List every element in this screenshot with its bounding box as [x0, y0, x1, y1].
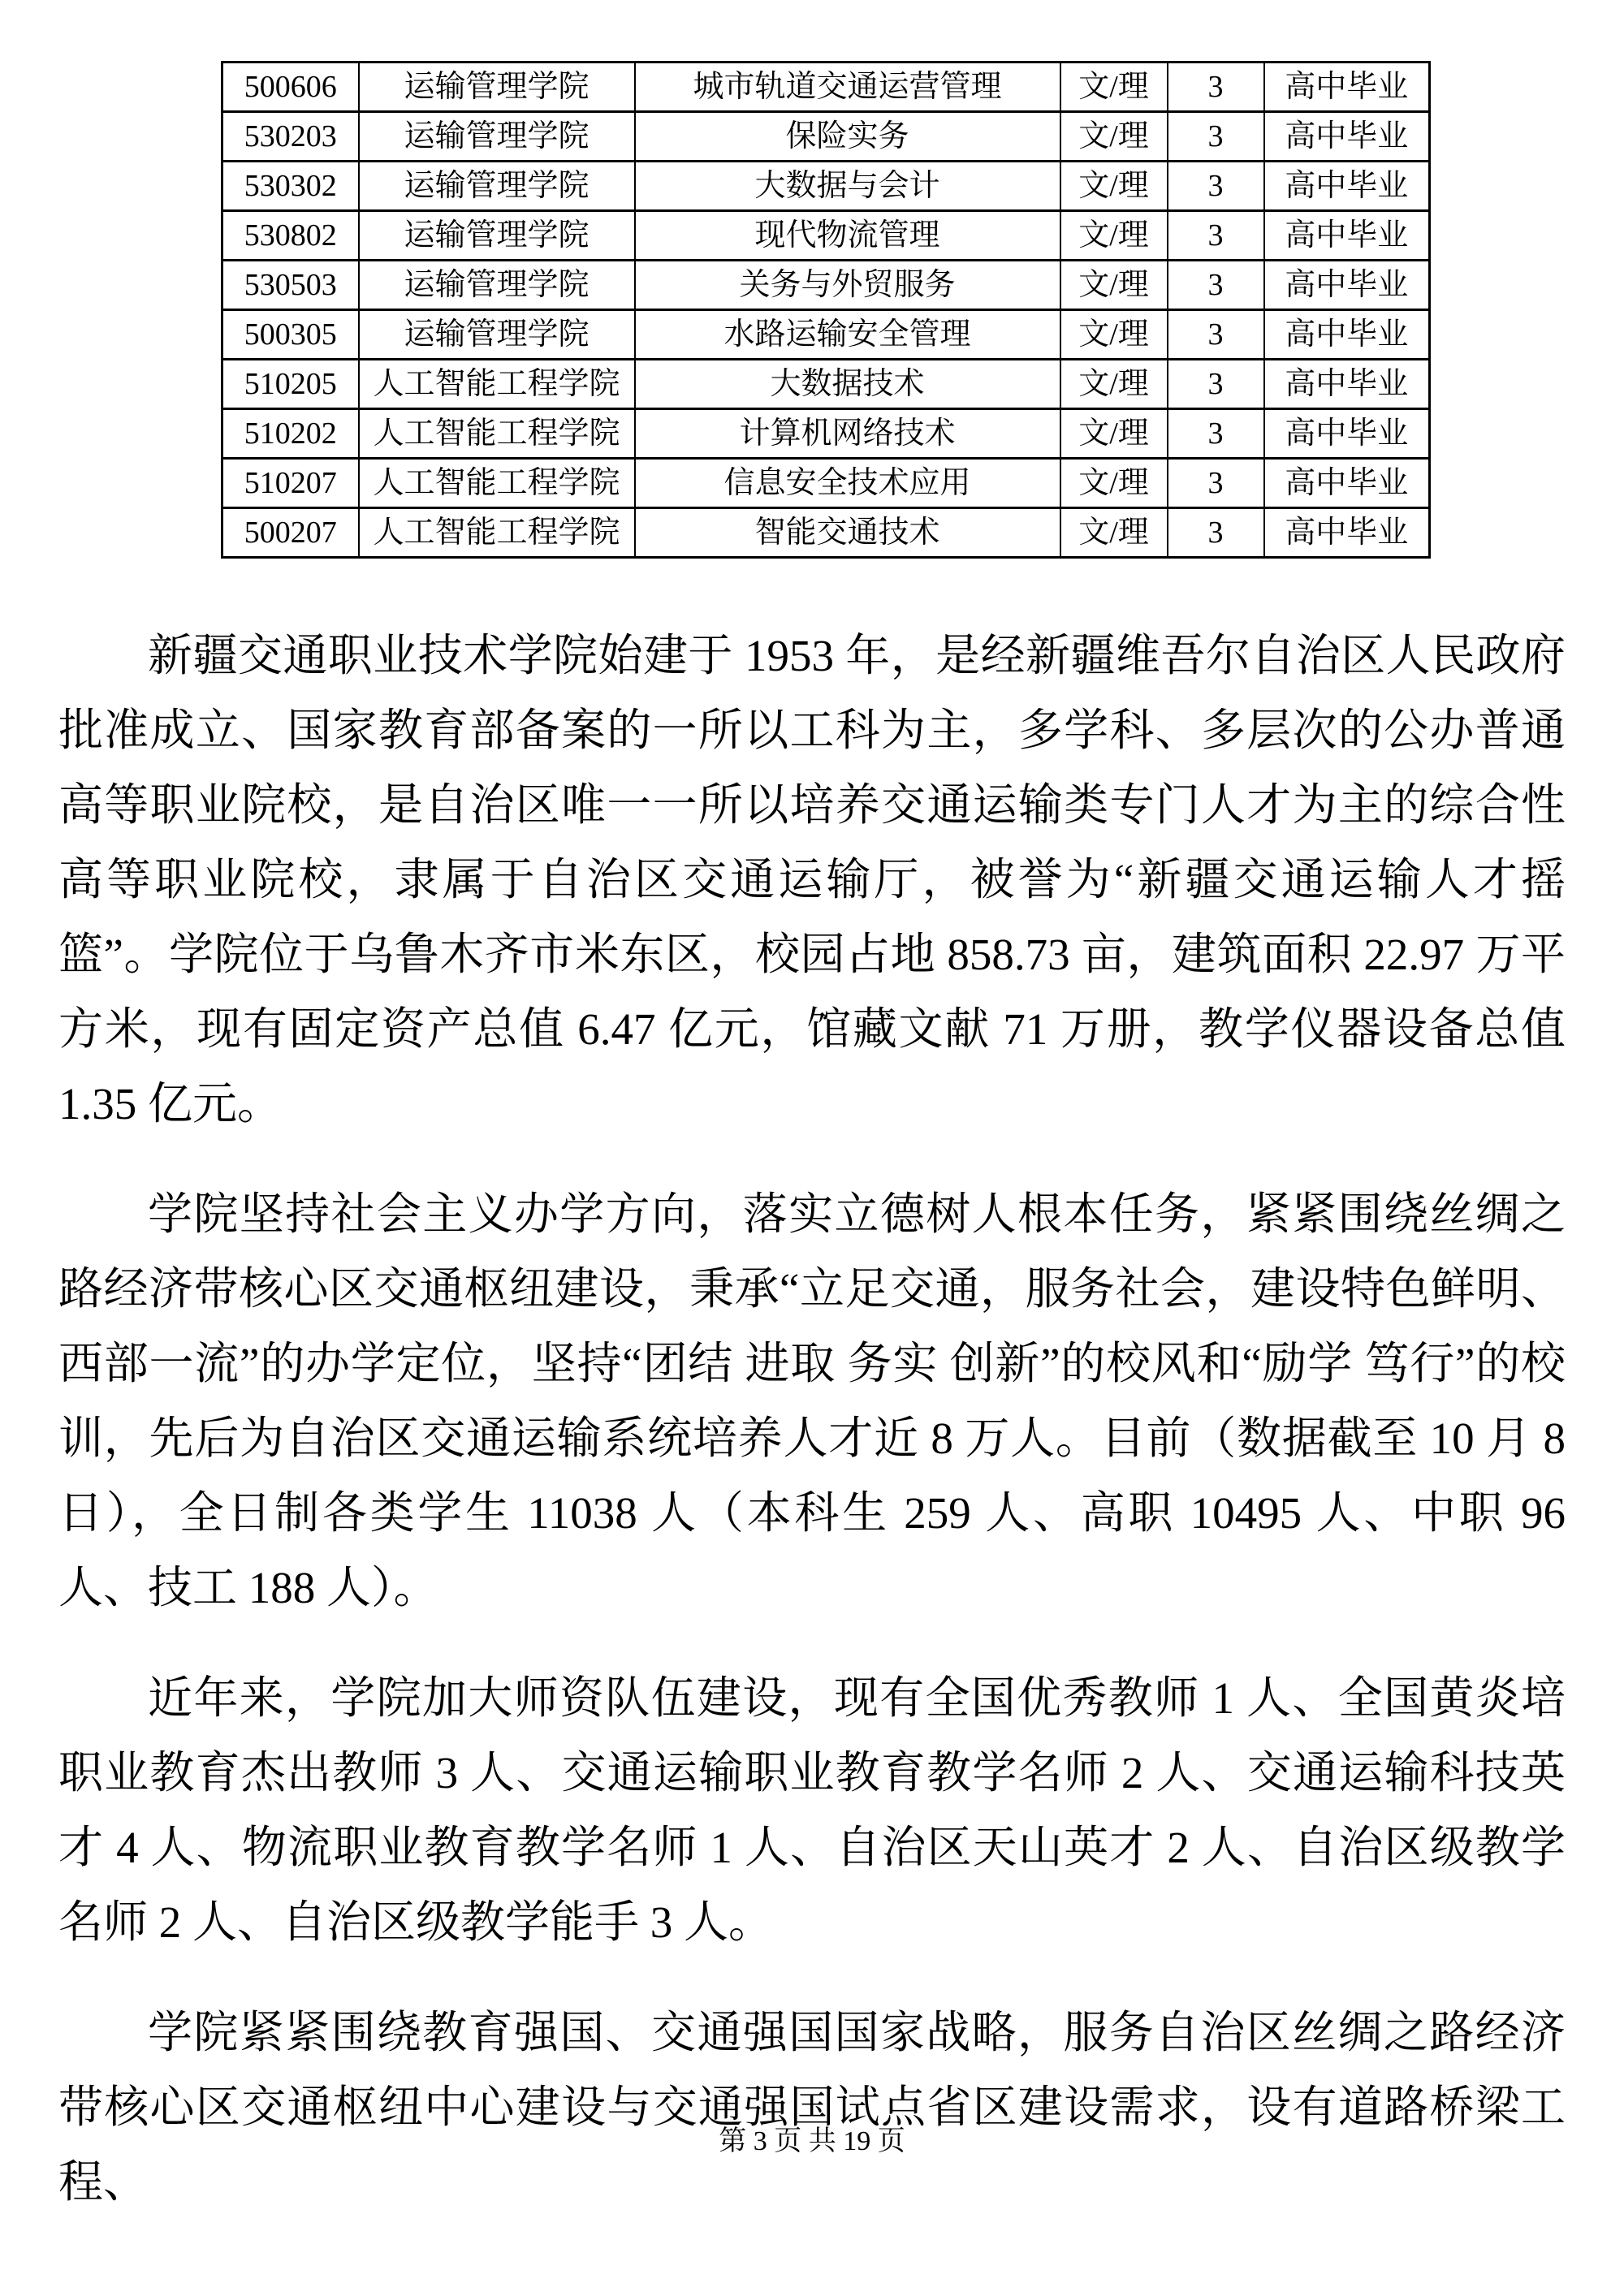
cell-education-requirement: 高中毕业	[1264, 211, 1430, 261]
cell-education-requirement: 高中毕业	[1264, 63, 1430, 112]
cell-education-requirement: 高中毕业	[1264, 508, 1430, 558]
cell-arts-science: 文/理	[1060, 459, 1168, 508]
page-footer: 第 3 页 共 19 页	[0, 2126, 1624, 2159]
cell-college: 运输管理学院	[359, 261, 635, 310]
cell-college: 运输管理学院	[359, 162, 635, 211]
table-row: 530302运输管理学院大数据与会计文/理3高中毕业	[222, 162, 1430, 211]
paragraph-strategy: 学院紧紧围绕教育强国、交通强国国家战略，服务自治区丝绸之路经济带核心区交通枢纽中…	[58, 1996, 1566, 2220]
program-table: 500606运输管理学院城市轨道交通运营管理文/理3高中毕业530203运输管理…	[221, 61, 1431, 559]
cell-major-name: 计算机网络技术	[635, 409, 1060, 459]
table-row: 530203运输管理学院保险实务文/理3高中毕业	[222, 112, 1430, 162]
cell-college: 运输管理学院	[359, 211, 635, 261]
table-row: 500606运输管理学院城市轨道交通运营管理文/理3高中毕业	[222, 63, 1430, 112]
cell-major-name: 大数据技术	[635, 360, 1060, 409]
table-row: 530503运输管理学院关务与外贸服务文/理3高中毕业	[222, 261, 1430, 310]
cell-years: 3	[1168, 162, 1264, 211]
cell-education-requirement: 高中毕业	[1264, 261, 1430, 310]
cell-years: 3	[1168, 63, 1264, 112]
cell-arts-science: 文/理	[1060, 310, 1168, 360]
cell-years: 3	[1168, 459, 1264, 508]
cell-years: 3	[1168, 112, 1264, 162]
cell-major-code: 500207	[222, 508, 359, 558]
cell-arts-science: 文/理	[1060, 112, 1168, 162]
cell-education-requirement: 高中毕业	[1264, 112, 1430, 162]
cell-arts-science: 文/理	[1060, 211, 1168, 261]
cell-major-name: 保险实务	[635, 112, 1060, 162]
cell-arts-science: 文/理	[1060, 508, 1168, 558]
cell-education-requirement: 高中毕业	[1264, 162, 1430, 211]
cell-major-name: 智能交通技术	[635, 508, 1060, 558]
program-table-body: 500606运输管理学院城市轨道交通运营管理文/理3高中毕业530203运输管理…	[222, 63, 1430, 558]
cell-major-code: 530203	[222, 112, 359, 162]
cell-major-code: 510202	[222, 409, 359, 459]
paragraph-school-intro: 新疆交通职业技术学院始建于 1953 年，是经新疆维吾尔自治区人民政府批准成立、…	[58, 619, 1566, 1142]
document-page: 500606运输管理学院城市轨道交通运营管理文/理3高中毕业530203运输管理…	[0, 0, 1624, 2296]
table-row: 500207人工智能工程学院智能交通技术文/理3高中毕业	[222, 508, 1430, 558]
table-row: 530802运输管理学院现代物流管理文/理3高中毕业	[222, 211, 1430, 261]
cell-education-requirement: 高中毕业	[1264, 310, 1430, 360]
table-row: 510205人工智能工程学院大数据技术文/理3高中毕业	[222, 360, 1430, 409]
cell-major-code: 530802	[222, 211, 359, 261]
cell-major-name: 信息安全技术应用	[635, 459, 1060, 508]
page-number-label: 第 3 页 共 19 页	[719, 2126, 905, 2156]
table-row: 500305运输管理学院水路运输安全管理文/理3高中毕业	[222, 310, 1430, 360]
cell-major-name: 大数据与会计	[635, 162, 1060, 211]
cell-years: 3	[1168, 211, 1264, 261]
cell-college: 运输管理学院	[359, 310, 635, 360]
cell-college: 人工智能工程学院	[359, 508, 635, 558]
cell-major-code: 530503	[222, 261, 359, 310]
cell-arts-science: 文/理	[1060, 63, 1168, 112]
cell-arts-science: 文/理	[1060, 261, 1168, 310]
cell-education-requirement: 高中毕业	[1264, 459, 1430, 508]
cell-major-code: 510207	[222, 459, 359, 508]
cell-major-code: 510205	[222, 360, 359, 409]
cell-education-requirement: 高中毕业	[1264, 409, 1430, 459]
cell-major-code: 500606	[222, 63, 359, 112]
cell-arts-science: 文/理	[1060, 409, 1168, 459]
cell-college: 人工智能工程学院	[359, 409, 635, 459]
cell-years: 3	[1168, 508, 1264, 558]
cell-major-name: 关务与外贸服务	[635, 261, 1060, 310]
document-body: 新疆交通职业技术学院始建于 1953 年，是经新疆维吾尔自治区人民政府批准成立、…	[0, 619, 1624, 2255]
cell-education-requirement: 高中毕业	[1264, 360, 1430, 409]
cell-major-name: 现代物流管理	[635, 211, 1060, 261]
cell-arts-science: 文/理	[1060, 360, 1168, 409]
cell-college: 运输管理学院	[359, 63, 635, 112]
cell-years: 3	[1168, 261, 1264, 310]
cell-major-code: 500305	[222, 310, 359, 360]
cell-college: 人工智能工程学院	[359, 360, 635, 409]
paragraph-school-mission: 学院坚持社会主义办学方向，落实立德树人根本任务，紧紧围绕丝绸之路经济带核心区交通…	[58, 1177, 1566, 1625]
paragraph-faculty-achievements: 近年来，学院加大师资队伍建设，现有全国优秀教师 1 人、全国黄炎培职业教育杰出教…	[58, 1661, 1566, 1960]
cell-college: 运输管理学院	[359, 112, 635, 162]
cell-major-name: 水路运输安全管理	[635, 310, 1060, 360]
cell-years: 3	[1168, 310, 1264, 360]
cell-years: 3	[1168, 409, 1264, 459]
cell-major-name: 城市轨道交通运营管理	[635, 63, 1060, 112]
cell-years: 3	[1168, 360, 1264, 409]
table-row: 510207人工智能工程学院信息安全技术应用文/理3高中毕业	[222, 459, 1430, 508]
cell-college: 人工智能工程学院	[359, 459, 635, 508]
table-row: 510202人工智能工程学院计算机网络技术文/理3高中毕业	[222, 409, 1430, 459]
cell-arts-science: 文/理	[1060, 162, 1168, 211]
cell-major-code: 530302	[222, 162, 359, 211]
